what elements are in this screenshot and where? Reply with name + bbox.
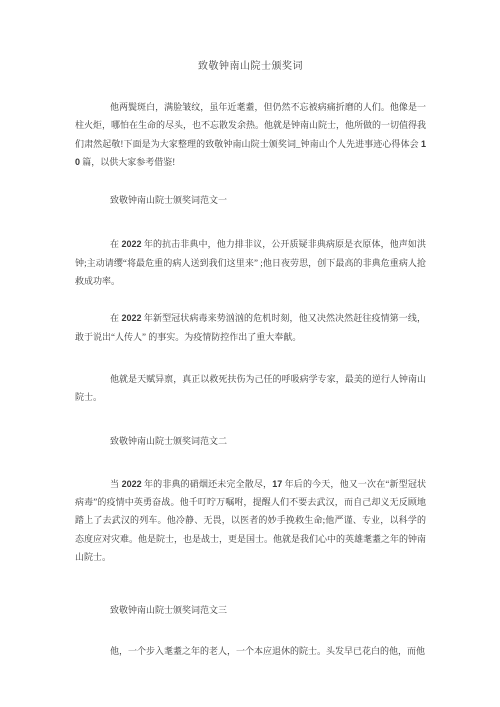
section-heading: 致敬钟南山院士颁奖词范文一 (75, 191, 426, 209)
text-run: 他两鬓斑白，满脸皱纹，虽年近耄耋，但仍然不忘被病痛折磨的人们。他像是一柱火炬，哪… (75, 102, 426, 149)
document-body: 致敬钟南山院士颁奖词 他两鬓斑白，满脸皱纹，虽年近耄耋，但仍然不忘被病痛折磨的人… (0, 0, 500, 660)
text-run: 致敬钟南山院士颁奖词范文一 (110, 195, 227, 205)
body-paragraph: 在 2022 年新型冠状病毒来势汹汹的危机时刻，他又决然决然赶往疫情第一线，敢于… (75, 309, 426, 346)
bold-number: 2022 (121, 313, 141, 323)
text-run: 年后的今天，他又一次在“新型冠状病毒”的疫情中英勇奋战。他千叮咛万嘱咐，提醒人们… (75, 479, 426, 562)
text-run: 致敬钟南山院士颁奖词范文二 (110, 436, 227, 446)
document-title: 致敬钟南山院士颁奖词 (75, 58, 426, 76)
text-run: 在 (110, 239, 121, 249)
text-run: 他就是天赋异禀，真正以救死扶伤为己任的呼吸病学专家，最美的逆行人钟南山院士。 (75, 374, 426, 402)
body-paragraph: 他两鬓斑白，满脸皱纹，虽年近耄耋，但仍然不忘被病痛折磨的人们。他像是一柱火炬，哪… (75, 98, 426, 171)
section-heading: 致敬钟南山院士颁奖词范文二 (75, 432, 426, 450)
section-heading: 致敬钟南山院士颁奖词范文三 (75, 601, 426, 619)
text-run: 致敬钟南山院士颁奖词范文三 (110, 605, 227, 615)
bold-number: 17 (272, 479, 282, 489)
body-paragraph: 在 2022 年的抗击非典中，他力排非议，公开质疑非典病原是衣原体，他声如洪钟;… (75, 235, 426, 290)
text-run: 篇，以供大家参考借鉴! (80, 157, 175, 167)
document-page: 致敬钟南山院士颁奖词 他两鬓斑白，满脸皱纹，虽年近耄耋，但仍然不忘被病痛折磨的人… (0, 0, 500, 707)
text-run: 年的非典的硝烟还未完全散尽， (142, 479, 273, 489)
text-run: 在 (110, 313, 121, 323)
body-paragraph: 他就是天赋异禀，真正以救死扶伤为己任的呼吸病学专家，最美的逆行人钟南山院士。 (75, 370, 426, 407)
text-run: 他，一个步入耄耋之年的老人，一个本应退休的院士。头发早已花白的他，而他 (110, 646, 425, 656)
bold-number: 2022 (122, 479, 142, 489)
body-paragraph: 他，一个步入耄耋之年的老人，一个本应退休的院士。头发早已花白的他，而他 (75, 642, 426, 660)
bold-number: 2022 (121, 239, 141, 249)
text-run: 当 (110, 479, 122, 489)
body-paragraph: 当 2022 年的非典的硝烟还未完全散尽，17 年后的今天，他又一次在“新型冠状… (75, 475, 426, 566)
